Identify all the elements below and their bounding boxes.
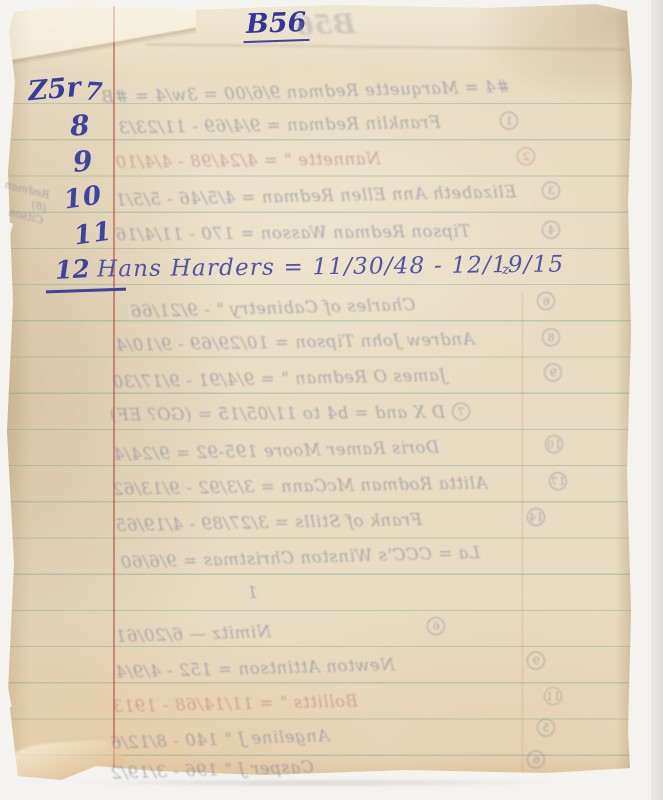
circled-number: 11: [544, 687, 562, 705]
bleed-text: Newton Attintson = 152 - 4/9/4: [115, 655, 395, 681]
bleed-text: Frank of Stills = 3/27/89 - 4/19/65: [115, 510, 422, 535]
circled-number: 17: [549, 472, 567, 490]
bleed-text: Charles of Cabinetry " - 9/21/66: [130, 295, 416, 321]
entry-12-trailing-mark: z: [502, 262, 509, 278]
index-number-11: 11: [72, 216, 114, 251]
circled-number: 5: [537, 718, 556, 737]
circled-number: 7: [452, 402, 470, 420]
bleed-line: 4 Tipson Redman Wasson = 170 - 11/4/16: [115, 218, 560, 247]
page-shadow: [14, 781, 614, 788]
index-number-8: 8: [69, 108, 92, 142]
page-code-showthrough: B56: [294, 9, 355, 42]
scanned-notebook-page: { "header": { "code": "B56", "code_showt…: [0, 0, 663, 800]
bleed-text: Andrew John Tipson = 10/29/69 - 9/10/4: [115, 329, 475, 354]
bleed-text: Tipson Redman Wasson = 170 - 11/4/16: [115, 221, 470, 244]
bleed-text: D X and = b4 to 11/05/15 = (GO? EF): [109, 402, 445, 424]
circled-number: 2: [517, 147, 535, 165]
circled-number: 14: [527, 508, 545, 526]
bleed-text: Nannette " = 4/24/98 - 4/4/10: [115, 149, 381, 172]
bleed-text: Alitta Rodman McCann = 3/3/92 - 9/13/62: [112, 473, 488, 499]
index-number-10: 10: [62, 180, 104, 215]
margin-annotation: Z5r: [27, 72, 82, 107]
stray-pencil-mark: 1: [247, 583, 258, 603]
fold-crease-top-left: [6, 2, 196, 74]
circled-number: 6: [527, 750, 546, 769]
circled-number: 9: [527, 651, 545, 669]
bleed-text: Bollitts " = 11/14/68 - 1913: [112, 691, 358, 716]
scanner-edge-strip: [651, 0, 663, 800]
circled-number: 10: [545, 435, 563, 453]
circled-number: 4: [542, 221, 560, 239]
bleed-text: Angeline J " 140 - 8/12/6: [110, 726, 330, 753]
entry-12-number: 12: [54, 254, 90, 285]
bleed-text: Doris Ramer Moore 195-92 = 9/24/4: [113, 437, 440, 463]
circled-number: 6: [427, 617, 446, 636]
circled-number: 1: [500, 112, 518, 130]
circled-number: 3: [542, 181, 560, 199]
bleed-text: James O Redman " = 9/4/91 - 9/17/30: [112, 365, 446, 391]
entry-12-handwritten-text: Hans Harders = 11/30/48 - 12/19/15: [97, 252, 565, 283]
bleed-text: Nimitz — 6/20/61: [115, 622, 272, 646]
circled-number: 9: [544, 363, 562, 381]
bleed-text: Casper J " 196 - 3/19/2: [110, 757, 314, 782]
circled-number: 8: [542, 328, 560, 346]
circled-number: 6: [537, 292, 555, 310]
bleed-text: Franklin Redman = 9/4/69 - 11/23/3: [118, 112, 441, 137]
bleed-line: 7 D X and = b4 to 11/05/15 = (GO? EF): [120, 399, 470, 426]
index-number-9: 9: [71, 144, 95, 179]
